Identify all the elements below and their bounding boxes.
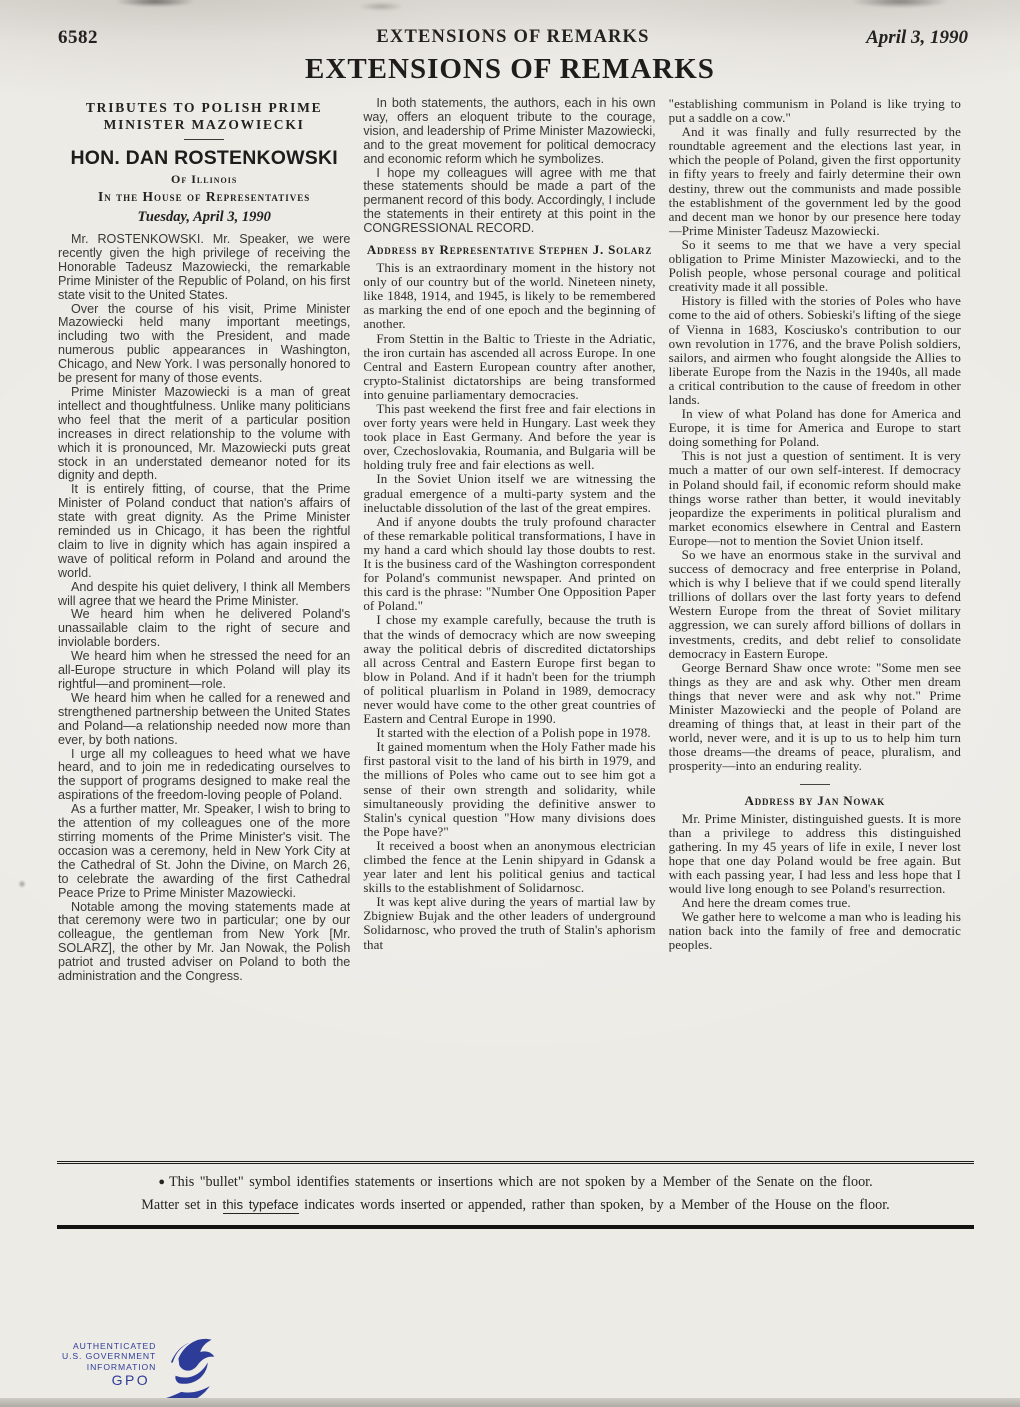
gpo-line-information: INFORMATION bbox=[62, 1362, 156, 1372]
speech-paragraph: We heard him when he stressed the need f… bbox=[58, 650, 350, 692]
address-paragraph: It started with the election of a Polish… bbox=[363, 726, 655, 740]
speech-paragraph: We heard him when he delivered Poland's … bbox=[58, 608, 350, 650]
gpo-eagle-icon bbox=[150, 1333, 222, 1407]
address-paragraph: And it was finally and fully resurrected… bbox=[669, 125, 961, 238]
address-paragraph: And here the dream comes true. bbox=[669, 896, 961, 910]
address-paragraph: It was kept alive during the years of ma… bbox=[363, 895, 655, 951]
speech-paragraph: Mr. ROSTENKOWSKI. Mr. Speaker, we were r… bbox=[58, 233, 350, 303]
address-heading-nowak: Address by Jan Nowak bbox=[669, 793, 961, 808]
scan-artifact bbox=[852, 0, 948, 8]
address-paragraph: So it seems to me that we have a very sp… bbox=[669, 238, 961, 294]
address-paragraph: It gained momentum when the Holy Father … bbox=[363, 740, 655, 839]
congressional-record-page: 6582 EXTENSIONS OF REMARKS April 3, 1990… bbox=[0, 0, 1020, 1407]
speech-paragraph: Prime Minister Mazowiecki is a man of gr… bbox=[58, 386, 350, 483]
address-paragraph: George Bernard Shaw once wrote: "Some me… bbox=[669, 661, 961, 774]
footnote-box: ●This "bullet" symbol identifies stateme… bbox=[57, 1161, 974, 1229]
address-paragraph: We gather here to welcome a man who is l… bbox=[669, 910, 961, 952]
scanner-edge bbox=[0, 1398, 1020, 1407]
main-title: EXTENSIONS OF REMARKS bbox=[0, 53, 1020, 86]
article-title: TRIBUTES TO POLISH PRIME MINISTER MAZOWI… bbox=[58, 99, 350, 133]
separator-rule bbox=[800, 784, 830, 785]
footnote-line-2: Matter set in this typeface indicates wo… bbox=[63, 1197, 968, 1213]
footnote-text-1: This "bullet" symbol identifies statemen… bbox=[169, 1174, 873, 1190]
gpo-acronym: GPO bbox=[62, 1375, 156, 1385]
scan-artifact bbox=[18, 880, 26, 888]
chamber-line: In the House of Representatives bbox=[58, 189, 350, 205]
address-paragraph: History is filled with the stories of Po… bbox=[669, 294, 961, 407]
running-header: 6582 EXTENSIONS OF REMARKS April 3, 1990 bbox=[58, 27, 968, 49]
scan-artifact bbox=[116, 0, 194, 7]
scan-artifact bbox=[358, 2, 404, 11]
speech-paragraph: And despite his quiet delivery, I think … bbox=[58, 581, 350, 609]
footnote-text-2-prefix: Matter set in bbox=[141, 1197, 222, 1213]
gpo-line-authenticated: AUTHENTICATED bbox=[62, 1341, 156, 1351]
column-3: "establishing communism in Poland is lik… bbox=[669, 97, 961, 1159]
address-paragraph: This past weekend the first free and fai… bbox=[363, 402, 655, 472]
address-paragraph: This is an extraordinary moment in the h… bbox=[363, 261, 655, 331]
address-paragraph: I chose my example carefully, because th… bbox=[363, 613, 655, 726]
speech-paragraph: We heard him when he called for a renewe… bbox=[58, 692, 350, 748]
speech-paragraph: Over the course of his visit, Prime Mini… bbox=[58, 303, 350, 386]
speech-paragraph: In both statements, the authors, each in… bbox=[363, 97, 655, 167]
member-name: HON. DAN ROSTENKOWSKI bbox=[58, 147, 350, 170]
running-title: EXTENSIONS OF REMARKS bbox=[58, 27, 968, 48]
address-paragraph: In the Soviet Union itself we are witnes… bbox=[363, 472, 655, 514]
address-paragraph: In view of what Poland has done for Amer… bbox=[669, 407, 961, 449]
address-paragraph: It received a boost when an anonymous el… bbox=[363, 839, 655, 895]
three-column-text: TRIBUTES TO POLISH PRIME MINISTER MAZOWI… bbox=[58, 97, 961, 1159]
footnote-text-2-suffix: indicates words inserted or appended, ra… bbox=[299, 1197, 890, 1213]
gpo-line-government: U.S. GOVERNMENT bbox=[62, 1351, 156, 1361]
speech-paragraph: I hope my colleagues will agree with me … bbox=[363, 167, 655, 237]
page-date: April 3, 1990 bbox=[866, 27, 968, 49]
address-paragraph: And if anyone doubts the truly profound … bbox=[363, 515, 655, 614]
address-paragraph: Mr. Prime Minister, distinguished guests… bbox=[669, 812, 961, 897]
member-state: Of Illinois bbox=[58, 172, 350, 187]
column-2: In both statements, the authors, each in… bbox=[363, 97, 655, 1159]
address-paragraph: From Stettin in the Baltic to Trieste in… bbox=[363, 332, 655, 402]
column-1: TRIBUTES TO POLISH PRIME MINISTER MAZOWI… bbox=[58, 97, 350, 1159]
speech-paragraph: As a further matter, Mr. Speaker, I wish… bbox=[58, 803, 350, 900]
gpo-authentication-text: AUTHENTICATED U.S. GOVERNMENT INFORMATIO… bbox=[62, 1333, 156, 1386]
footnote-line-1: ●This "bullet" symbol identifies stateme… bbox=[63, 1174, 968, 1190]
speech-paragraph: I urge all my colleagues to heed what we… bbox=[58, 748, 350, 804]
typeface-sample: this typeface bbox=[223, 1197, 299, 1214]
gpo-logo: AUTHENTICATED U.S. GOVERNMENT INFORMATIO… bbox=[62, 1333, 222, 1407]
speech-paragraph: It is entirely fitting, of course, that … bbox=[58, 483, 350, 580]
address-paragraph: So we have an enormous stake in the surv… bbox=[669, 548, 961, 661]
address-heading-solarz: Address by Representative Stephen J. Sol… bbox=[363, 242, 655, 257]
session-date: Tuesday, April 3, 1990 bbox=[58, 209, 350, 226]
speech-paragraph: Notable among the moving statements made… bbox=[58, 901, 350, 984]
bullet-icon: ● bbox=[158, 1176, 165, 1188]
title-rule bbox=[184, 139, 224, 140]
address-paragraph: This is not just a question of sentiment… bbox=[669, 449, 961, 548]
address-paragraph: "establishing communism in Poland is lik… bbox=[669, 97, 961, 125]
